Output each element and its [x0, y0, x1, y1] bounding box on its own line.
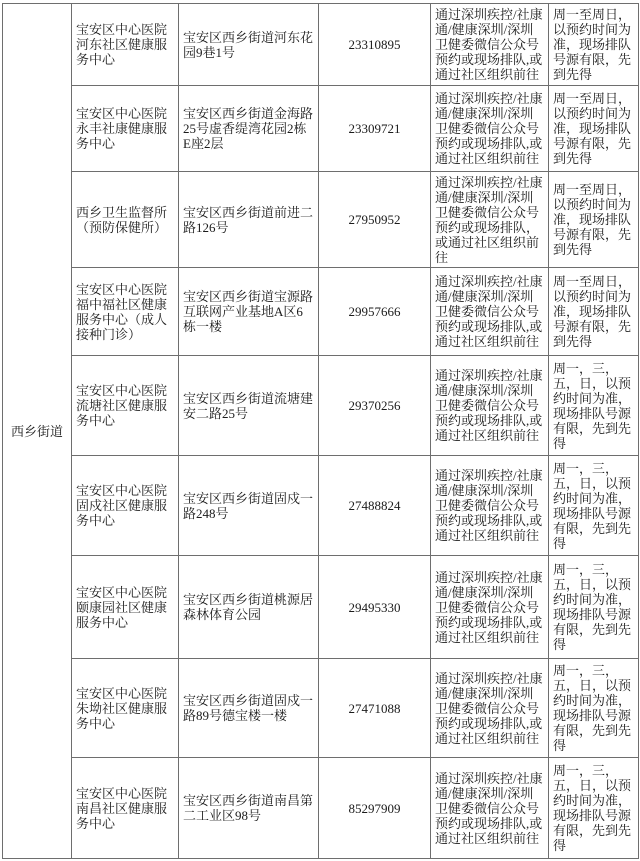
booking-method-cell: 通过深圳疾控/社康通/健康深圳/深圳卫健委微信公众号预约或现场排队,或通过社区组…	[431, 268, 549, 356]
booking-method-cell: 通过深圳疾控/社康通/健康深圳/深圳卫健委微信公众号预约或现场排队,或通过社区组…	[431, 556, 549, 659]
schedule-cell: 周一至周日，以预约时间为准，现场排队号源有限，先到先得	[549, 268, 639, 356]
facility-name-cell: 宝安区中心医院福中福社区健康服务中心（成人接种门诊）	[72, 268, 179, 356]
address-cell: 宝安区西乡街道宝源路互联网产业基地A区6栋一楼	[179, 268, 319, 356]
schedule-cell: 周一，三，五，日，以预约时间为准，现场排队号源有限，先到先得	[549, 659, 639, 758]
phone-cell: 29495330	[319, 556, 431, 659]
phone-cell: 23310895	[319, 4, 431, 86]
page: 西乡街道宝安区中心医院河东社区健康服务中心 宝安区西乡街道河东花园9巷1号 23…	[0, 0, 640, 861]
schedule-cell: 周一，三，五，日，以预约时间为准，现场排队号源有限，先到先得	[549, 356, 639, 456]
booking-method-cell: 通过深圳疾控/社康通/健康深圳/深圳卫健委微信公众号预约或现场排队,或通过社区组…	[431, 659, 549, 758]
phone-cell: 29370256	[319, 356, 431, 456]
address-cell: 宝安区西乡街道桃源居森林体育公园	[179, 556, 319, 659]
booking-method-cell: 通过深圳疾控/社康通/健康深圳/深圳卫健委微信公众号预约或现场排队,或通过社区组…	[431, 86, 549, 172]
booking-method-cell: 通过深圳疾控/社康通/健康深圳/深圳卫健委微信公众号预约或现场排队,或通过社区组…	[431, 356, 549, 456]
table-row: 宝安区中心医院南昌社区健康服务中心 宝安区西乡街道南昌第二工业区98号 8529…	[3, 758, 639, 859]
address-cell: 宝安区西乡街道河东花园9巷1号	[179, 4, 319, 86]
address-cell: 宝安区西乡街道金海路25号虚香缇湾花园2栋E座2层	[179, 86, 319, 172]
schedule-cell: 周一，三，五，日，以预约时间为准，现场排队号源有限，先到先得	[549, 556, 639, 659]
facility-name-cell: 宝安区中心医院南昌社区健康服务中心	[72, 758, 179, 859]
phone-cell: 27488824	[319, 456, 431, 556]
facility-name-cell: 宝安区中心医院固戍社区健康服务中心	[72, 456, 179, 556]
schedule-cell: 周一，三，五，日，以预约时间为准，现场排队号源有限，先到先得	[549, 758, 639, 859]
schedule-cell: 周一至周日，以预约时间为准，现场排队号源有限，先到先得	[549, 86, 639, 172]
table-row: 宝安区中心医院颐康园社区健康服务中心 宝安区西乡街道桃源居森林体育公园 2949…	[3, 556, 639, 659]
table-row: 宝安区中心医院永丰社康健康服务中心 宝安区西乡街道金海路25号虚香缇湾花园2栋E…	[3, 86, 639, 172]
address-cell: 宝安区西乡街道流塘建安二路25号	[179, 356, 319, 456]
phone-cell: 23309721	[319, 86, 431, 172]
facility-name-cell: 西乡卫生监督所（预防保健所）	[72, 172, 179, 268]
schedule-cell: 周一至周日，以预约时间为准，现场排队号源有限，先到先得	[549, 172, 639, 268]
table-row: 宝安区中心医院福中福社区健康服务中心（成人接种门诊） 宝安区西乡街道宝源路互联网…	[3, 268, 639, 356]
phone-cell: 27471088	[319, 659, 431, 758]
facility-name-cell: 宝安区中心医院颐康园社区健康服务中心	[72, 556, 179, 659]
address-cell: 宝安区西乡街道固戍一路248号	[179, 456, 319, 556]
table-row: 宝安区中心医院流塘社区健康服务中心 宝安区西乡街道流塘建安二路25号 29370…	[3, 356, 639, 456]
facility-name-cell: 宝安区中心医院朱坳社区健康服务中心	[72, 659, 179, 758]
phone-cell: 27950952	[319, 172, 431, 268]
facility-name-cell: 宝安区中心医院河东社区健康服务中心	[72, 4, 179, 86]
phone-cell: 29957666	[319, 268, 431, 356]
address-cell: 宝安区西乡街道固戍一路89号德宝楼一楼	[179, 659, 319, 758]
address-cell: 宝安区西乡街道南昌第二工业区98号	[179, 758, 319, 859]
booking-method-cell: 通过深圳疾控/社康通/健康深圳/深圳卫健委微信公众号预约或现场排队,或通过社区组…	[431, 456, 549, 556]
booking-method-cell: 通过深圳疾控/社康通/健康深圳/深圳卫健委微信公众号预约或现场排队，或通过社区组…	[431, 172, 549, 268]
facility-name-cell: 宝安区中心医院流塘社区健康服务中心	[72, 356, 179, 456]
table-row: 西乡卫生监督所（预防保健所） 宝安区西乡街道前进二路126号 27950952 …	[3, 172, 639, 268]
schedule-cell: 周一至周日，以预约时间为准，现场排队号源有限，先到先得	[549, 4, 639, 86]
region-cell: 西乡街道	[3, 4, 72, 859]
facility-name-cell: 宝安区中心医院永丰社康健康服务中心	[72, 86, 179, 172]
schedule-cell: 周一，三，五，日，以预约时间为准，现场排队号源有限，先到先得	[549, 456, 639, 556]
booking-method-cell: 通过深圳疾控/社康通/健康深圳/深圳卫健委微信公众号预约或现场排队,或通过社区组…	[431, 4, 549, 86]
table-row: 宝安区中心医院朱坳社区健康服务中心 宝安区西乡街道固戍一路89号德宝楼一楼 27…	[3, 659, 639, 758]
booking-method-cell: 通过深圳疾控/社康通/健康深圳/深圳卫健委微信公众号预约或现场排队,或通过社区组…	[431, 758, 549, 859]
address-cell: 宝安区西乡街道前进二路126号	[179, 172, 319, 268]
phone-cell: 85297909	[319, 758, 431, 859]
table-row: 宝安区中心医院固戍社区健康服务中心 宝安区西乡街道固戍一路248号 274888…	[3, 456, 639, 556]
health-centers-table: 西乡街道宝安区中心医院河东社区健康服务中心 宝安区西乡街道河东花园9巷1号 23…	[2, 3, 639, 859]
table-row: 西乡街道宝安区中心医院河东社区健康服务中心 宝安区西乡街道河东花园9巷1号 23…	[3, 4, 639, 86]
